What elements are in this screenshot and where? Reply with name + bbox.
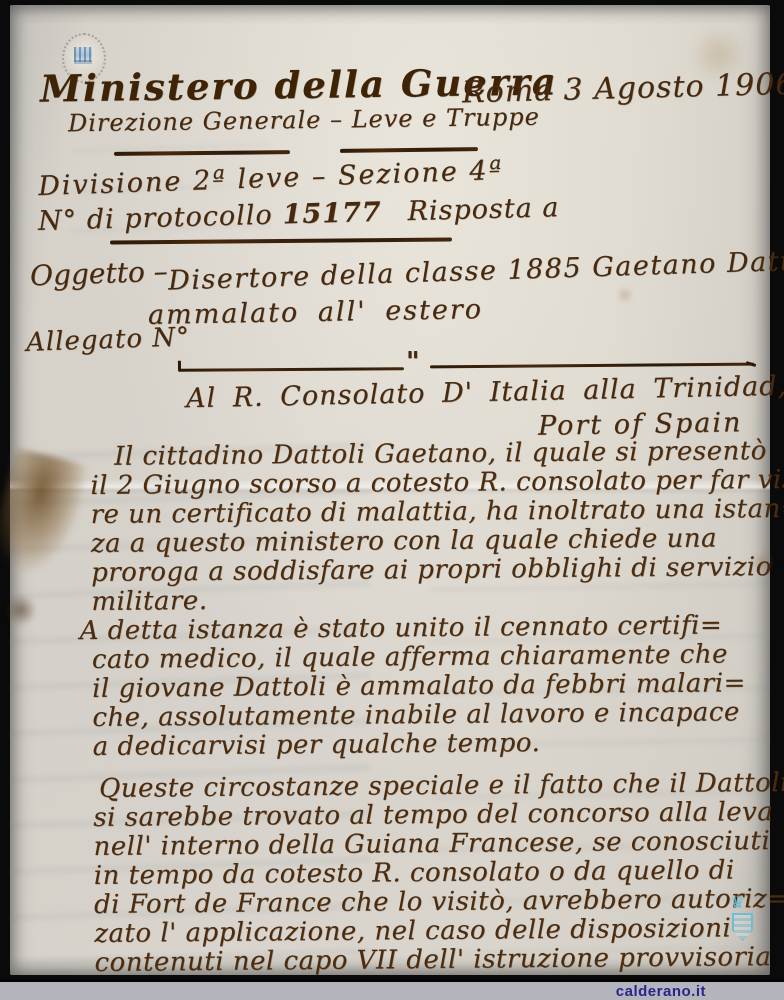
body-line: contenuti nel capo VII dell' istruzione … bbox=[94, 943, 784, 978]
document-page: Ministero della Guerra Direzione General… bbox=[10, 5, 770, 975]
ditto-mark: " bbox=[406, 347, 420, 377]
rule-under-direction-left bbox=[114, 150, 290, 156]
rule-attachment-right bbox=[430, 363, 754, 369]
rule-under-direction-right bbox=[340, 147, 478, 153]
rule-under-protocol bbox=[110, 238, 452, 245]
stamp-crown-icon: ♛ bbox=[730, 893, 745, 913]
subject-line-1: Disertore della classe 1885 Gaetano Datt… bbox=[168, 244, 784, 296]
date-line: Roma 3 Agosto 1906 bbox=[462, 67, 784, 111]
blue-crest-stamp-icon: ♛ bbox=[728, 895, 756, 951]
stamp-shield-icon bbox=[732, 913, 753, 941]
framed-scan: Ministero della Guerra Direzione General… bbox=[0, 0, 784, 1000]
protocol-number: 15177 bbox=[282, 197, 382, 231]
reply-label: Risposta a bbox=[407, 192, 560, 227]
ink-stain bbox=[0, 447, 91, 582]
paper-stain bbox=[616, 287, 634, 303]
body-line: proroga a soddisfare ai propri obblighi … bbox=[91, 553, 781, 588]
body-line: che, assolutamente inabile al lavoro e i… bbox=[92, 698, 782, 733]
letter-body: Il cittadino Dattoli Gaetano, il quale s… bbox=[90, 437, 784, 978]
protocol-label: N° di protocollo bbox=[38, 200, 273, 237]
body-line: a dedicarvisi per qualche tempo. bbox=[93, 727, 783, 762]
seal-crest bbox=[74, 47, 92, 62]
site-watermark: calderano.it bbox=[616, 983, 706, 1000]
attachment-label: Allegato N° bbox=[26, 322, 191, 358]
watermark-bar: calderano.it bbox=[0, 979, 784, 1000]
ink-stain bbox=[6, 593, 36, 627]
subject-label: Oggetto – bbox=[29, 255, 168, 293]
rule-attachment-left bbox=[178, 367, 404, 372]
subject-line-2: ammalato all' estero bbox=[148, 294, 484, 331]
